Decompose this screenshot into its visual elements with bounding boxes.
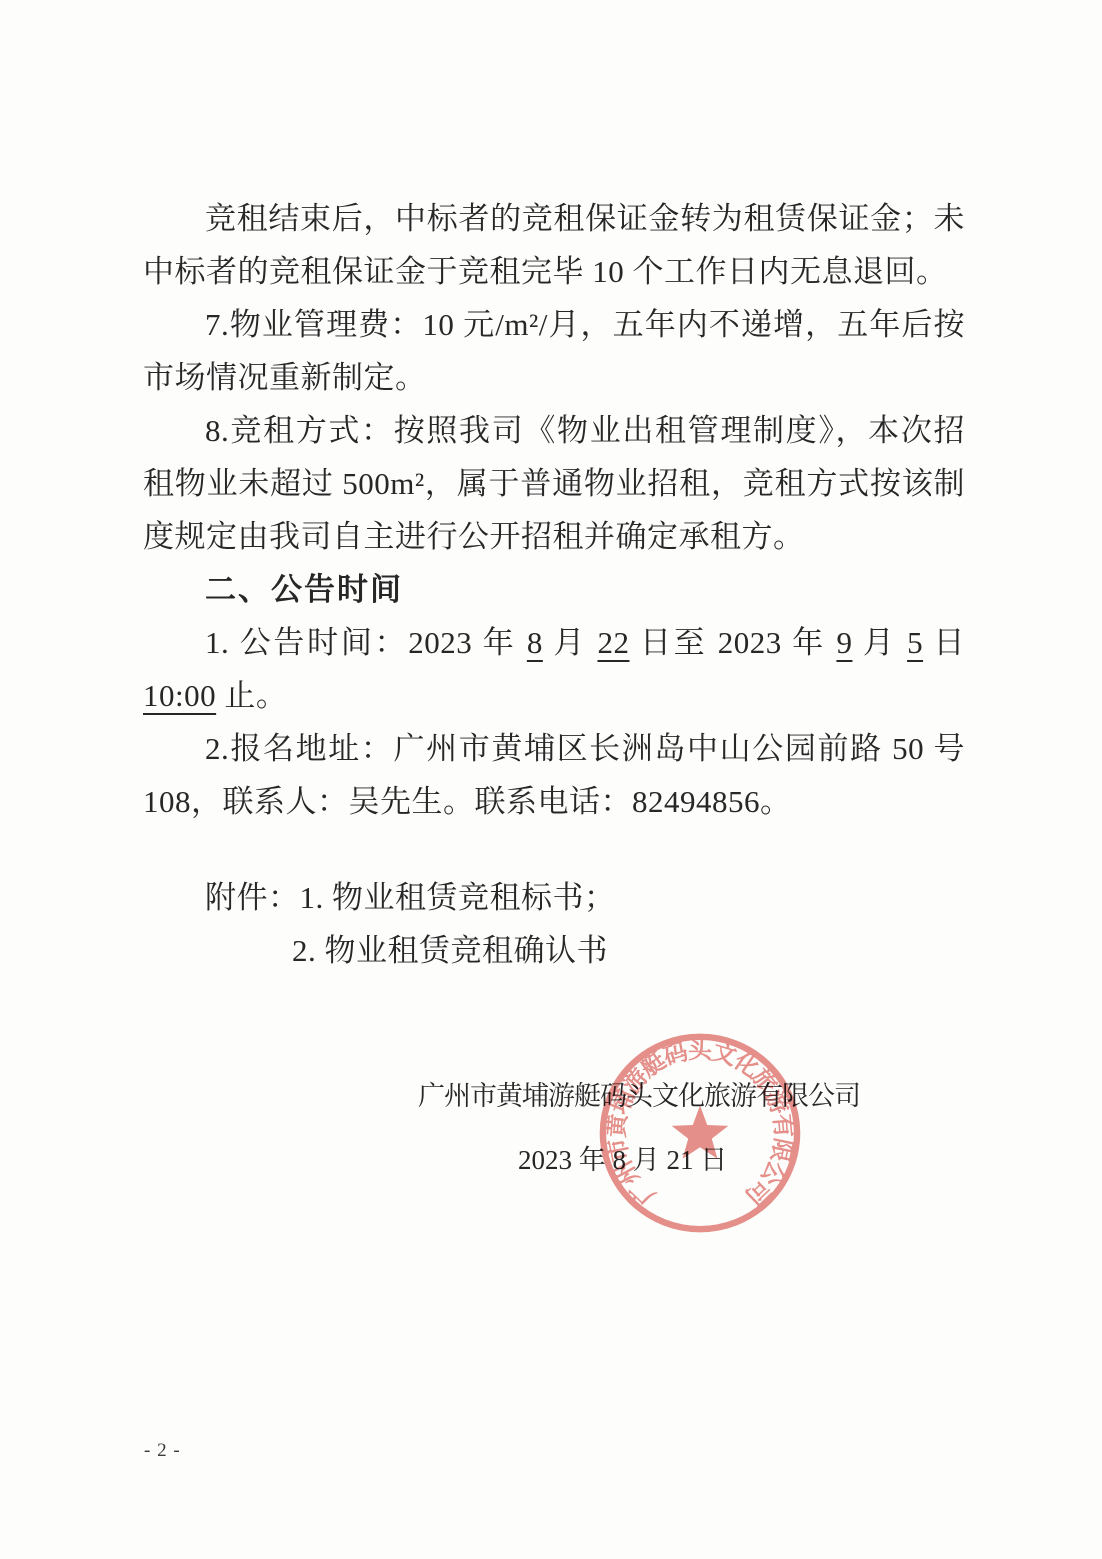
attachments-block: 附件：1. 物业租赁竞租标书； 2. 物业租赁竞租确认书 [143,871,965,977]
notice-time-seg5: 日 [923,625,965,660]
notice-end-day: 5 [907,625,923,660]
seal-svg: 广州市黄埔游艇码头文化旅游有限公司 [596,1030,804,1236]
notice-time-seg1: 1. 公告时间：2023 年 [205,625,527,660]
notice-time-seg2: 月 [543,625,598,660]
notice-time-seg4: 月 [852,625,907,660]
company-seal-stamp: 广州市黄埔游艇码头文化旅游有限公司 [596,1030,804,1236]
notice-time-seg3: 日至 2023 年 [629,625,836,660]
document-page: 竞租结束后，中标者的竞租保证金转为租赁保证金；未中标者的竞租保证金于竞租完毕 1… [0,0,1102,1559]
attachment-line-1: 附件：1. 物业租赁竞租标书； [143,871,965,924]
page-number-footer: - 2 - [144,1440,181,1462]
attachment-item-2: 2. 物业租赁竞租确认书 [143,924,965,977]
paragraph-property-fee: 7.物业管理费：10 元/m²/月，五年内不递增，五年后按市场情况重新制定。 [143,298,965,404]
paragraph-registration-address: 2.报名地址：广州市黄埔区长洲岛中山公园前路 50 号 108，联系人：吴先生。… [143,722,965,828]
attachment-item-1: 1. 物业租赁竞租标书； [300,880,616,915]
paragraph-notice-time: 1. 公告时间：2023 年 8 月 22 日至 2023 年 9 月 5 日 … [143,616,965,722]
star-icon [672,1106,728,1159]
document-body: 竞租结束后，中标者的竞租保证金转为租赁保证金；未中标者的竞租保证金于竞租完毕 1… [143,192,965,977]
section-heading-announcement-time: 二、公告时间 [143,563,965,616]
paragraph-bidding-method: 8.竞租方式：按照我司《物业出租管理制度》，本次招租物业未超过 500m²，属于… [143,404,965,563]
paragraph-deposit-refund: 竞租结束后，中标者的竞租保证金转为租赁保证金；未中标者的竞租保证金于竞租完毕 1… [143,192,965,298]
notice-end-time: 10:00 [143,678,216,713]
notice-start-day: 22 [597,625,629,660]
notice-time-seg6: 止。 [216,678,287,713]
notice-end-month: 9 [836,625,852,660]
notice-start-month: 8 [527,625,543,660]
attachments-label: 附件： [205,880,300,915]
